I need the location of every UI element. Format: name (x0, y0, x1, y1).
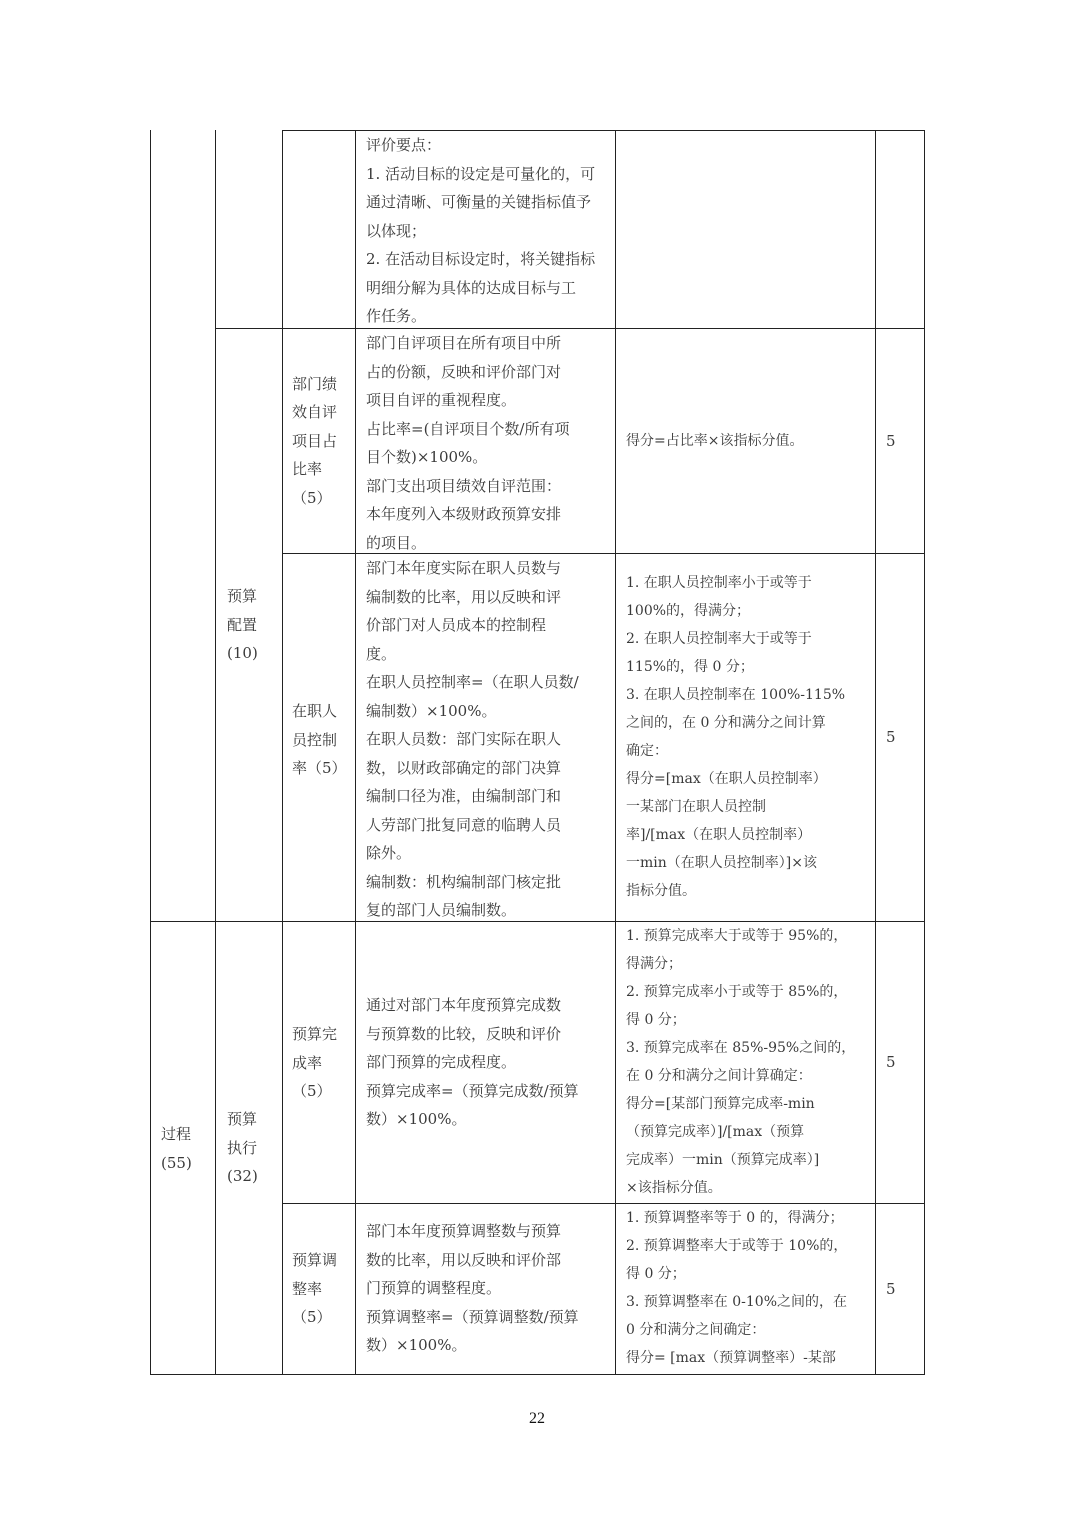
level2-label-budget-exec: 预算 执行 (32) (227, 1105, 282, 1191)
row-goal-points-description: 评价要点： 1. 活动目标的设定是可量化的，可 通过清晰、可衡量的关键指标值予 … (366, 131, 611, 331)
row-budget-adjustment-indicator: 预算调 整率 （5） (292, 1246, 354, 1332)
page-number: 22 (0, 1410, 1074, 1428)
row-budget-adjustment-score: 5 (876, 1204, 924, 1374)
table-border-left (150, 130, 151, 1375)
document-page: 预算 配置 (10) 过程 (55) 预算 执行 (32) 评价要点： 1. 活… (0, 0, 1074, 1520)
col-divider-4 (615, 130, 616, 1375)
row-staff-control-criteria: 1. 在职人员控制率小于或等于 100%的，得满分； 2. 在职人员控制率大于或… (626, 569, 871, 905)
level1-label-process: 过程 (55) (161, 1120, 216, 1177)
row-budget-adjustment-criteria: 1. 预算调整率等于 0 的，得满分； 2. 预算调整率大于或等于 10%的， … (626, 1204, 871, 1372)
row-staff-control-description: 部门本年度实际在职人员数与 编制数的比率，用以反映和评 价部门对人员成本的控制程… (366, 554, 611, 925)
col-divider-2 (282, 130, 283, 1375)
row-self-eval-ratio-indicator: 部门绩 效自评 项目占 比率 （5） (292, 329, 354, 553)
level2-label-budget-config: 预算 配置 (10) (227, 582, 282, 668)
row-budget-completion-criteria: 1. 预算完成率大于或等于 95%的， 得满分； 2. 预算完成率小于或等于 8… (626, 922, 871, 1202)
row-budget-adjustment-description: 部门本年度预算调整数与预算 数的比率，用以反映和评价部 门预算的调整程度。 预算… (366, 1217, 611, 1360)
row-budget-completion-description: 通过对部门本年度预算完成数 与预算数的比较，反映和评价 部门预算的完成程度。 预… (366, 991, 611, 1134)
col-divider-3 (355, 130, 356, 1375)
row-staff-control-indicator: 在职人 员控制 率（5） (292, 697, 354, 783)
table-border-right (924, 130, 925, 1375)
row-self-eval-ratio-criteria: 得分=占比率×该指标分值。 (626, 329, 871, 553)
row-budget-completion-score: 5 (876, 922, 924, 1203)
row-staff-control-score: 5 (876, 554, 924, 921)
row-self-eval-ratio-score: 5 (876, 329, 924, 553)
col-divider-1 (215, 130, 216, 1375)
row-self-eval-ratio-description: 部门自评项目在所有项目中所 占的份额，反映和评价部门对 项目自评的重视程度。 占… (366, 329, 611, 557)
row-budget-completion-indicator: 预算完 成率 （5） (292, 1020, 354, 1106)
table-border-bottom (150, 1374, 925, 1375)
